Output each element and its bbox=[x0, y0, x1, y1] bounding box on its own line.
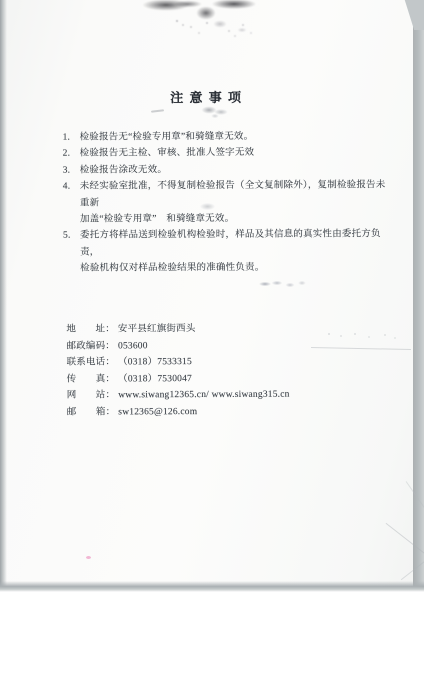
contact-label: 邮政编码： bbox=[66, 338, 115, 355]
contact-label: 传 真： bbox=[67, 371, 116, 388]
notice-line: 检验报告无主检、审核、批准人签字无效 bbox=[80, 145, 395, 163]
notice-item: 4. 未经实验室批准，不得复制检验报告（全文复制除外），复制检验报告未重新 加盖… bbox=[63, 177, 395, 228]
contact-row-postcode: 邮政编码：053600 bbox=[66, 337, 396, 355]
notice-line: 加盖“检验专用章” 和骑缝章无效。 bbox=[80, 210, 395, 228]
page-title: 注 意 事 项 bbox=[0, 86, 413, 107]
notice-item: 2. 检验报告无主检、审核、批准人签字无效 bbox=[63, 145, 395, 163]
contact-label: 地 址： bbox=[66, 321, 115, 338]
notice-list: 1. 检验报告无“检验专用章”和骑缝章无效。 2. 检验报告无主检、审核、批准人… bbox=[63, 128, 396, 277]
notice-line: 未经实验室批准，不得复制检验报告（全文复制除外），复制检验报告未重新 bbox=[80, 177, 395, 211]
contact-row-fax: 传 真：（0318）7530047 bbox=[67, 370, 397, 388]
contact-value: （0318）7530047 bbox=[118, 371, 192, 388]
contact-row-address: 地 址：安平县红旗街西头 bbox=[66, 320, 396, 338]
contact-label: 网 站： bbox=[67, 388, 116, 405]
contact-label: 邮 箱： bbox=[67, 404, 116, 421]
contact-label: 联系电话： bbox=[67, 355, 116, 372]
page-content: 注 意 事 项 1. 检验报告无“检验专用章”和骑缝章无效。 2. 检验报告无主… bbox=[0, 0, 424, 589]
contact-value: www.siwang12365.cn/ www.siwang315.cn bbox=[118, 387, 289, 404]
scanned-notice-page: 注 意 事 项 1. 检验报告无“检验专用章”和骑缝章无效。 2. 检验报告无主… bbox=[0, 0, 424, 700]
notice-line: 检验报告无“检验专用章”和骑缝章无效。 bbox=[80, 128, 395, 146]
notice-number: 2. bbox=[63, 146, 80, 162]
notice-line: 检验机构仅对样品检验结果的准确性负责。 bbox=[80, 259, 395, 277]
notice-number: 1. bbox=[63, 130, 80, 146]
notice-number: 4. bbox=[63, 179, 80, 228]
contact-value: sw12365@126.com bbox=[118, 404, 197, 421]
notice-item: 3. 检验报告涂改无效。 bbox=[63, 161, 395, 179]
notice-line: 委托方将样品送到检验机构检验时，样品及其信息的真实性由委托方负责， bbox=[80, 227, 395, 261]
notice-number: 3. bbox=[63, 162, 80, 178]
contact-row-phone: 联系电话：（0318）7533315 bbox=[67, 353, 397, 371]
notice-number: 5. bbox=[63, 228, 80, 277]
contact-row-email: 邮 箱：sw12365@126.com bbox=[67, 403, 397, 421]
contact-block: 地 址：安平县红旗街西头 邮政编码：053600 联系电话：（0318）7533… bbox=[66, 320, 396, 421]
notice-item: 1. 检验报告无“检验专用章”和骑缝章无效。 bbox=[63, 128, 395, 146]
contact-value: 053600 bbox=[118, 338, 148, 355]
notice-item: 5. 委托方将样品送到检验机构检验时，样品及其信息的真实性由委托方负责， 检验机… bbox=[63, 227, 395, 278]
contact-value: 安平县红旗街西头 bbox=[118, 321, 196, 338]
notice-line: 检验报告涂改无效。 bbox=[80, 161, 395, 179]
contact-value: （0318）7533315 bbox=[118, 354, 192, 371]
contact-row-website: 网 站：www.siwang12365.cn/ www.siwang315.cn bbox=[67, 387, 397, 405]
